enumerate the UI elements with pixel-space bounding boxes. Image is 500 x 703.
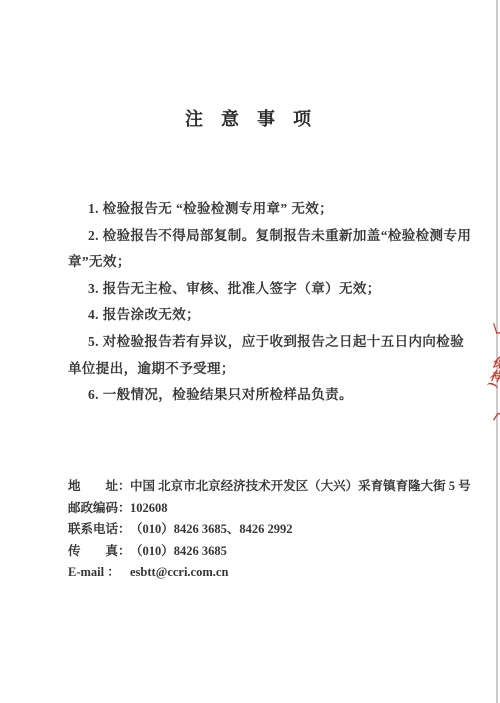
contact-row-phone: 联系电话： （010）8426 3685、8426 2992 bbox=[68, 519, 478, 541]
contact-row-fax: 传 真： （010）8426 3685 bbox=[68, 541, 478, 563]
contact-row-address: 地 址： 中国 北京市北京经济技术开发区（大兴）采育镇育隆大街 5 号 bbox=[68, 476, 478, 498]
notice-list: 1. 检验报告无 “检验检测专用章” 无效； 2. 检验报告不得局部复制。复制报… bbox=[68, 196, 448, 409]
notice-item-5-line-2: 单位提出，逾期不予受理； bbox=[68, 356, 448, 383]
notice-item-5-line-1: 5. 对检验报告若有异议，应于收到报告之日起十五日内向检验 bbox=[68, 329, 448, 356]
contact-row-postcode: 邮政编码： 102608 bbox=[68, 498, 478, 520]
email-label: E-mail ： bbox=[68, 562, 130, 584]
contact-block: 地 址： 中国 北京市北京经济技术开发区（大兴）采育镇育隆大街 5 号 邮政编码… bbox=[68, 476, 478, 584]
notice-item-2-line-1: 2. 检验报告不得局部复制。复制报告未重新加盖“检验检测专用 bbox=[68, 223, 448, 250]
page-title: 注 意 事 项 bbox=[0, 105, 496, 131]
stamp-mark-bottom: 〈 bbox=[487, 403, 500, 422]
phone-value: （010）8426 3685、8426 2992 bbox=[130, 519, 478, 541]
stamp-mark-top: 〉 bbox=[487, 323, 500, 342]
fax-label: 传 真： bbox=[68, 541, 130, 563]
phone-label: 联系电话： bbox=[68, 519, 130, 541]
address-value: 中国 北京市北京经济技术开发区（大兴）采育镇育隆大街 5 号 bbox=[130, 476, 478, 498]
postcode-label: 邮政编码： bbox=[68, 498, 130, 520]
notice-item-2-line-2: 章”无效； bbox=[68, 249, 448, 276]
fax-value: （010）8426 3685 bbox=[130, 541, 478, 563]
address-label: 地 址： bbox=[68, 476, 130, 498]
page-edge-line bbox=[496, 0, 498, 703]
notice-item-4: 4. 报告涂改无效； bbox=[68, 302, 448, 329]
contact-row-email: E-mail ： esbtt@ccri.com.cn bbox=[68, 562, 478, 584]
notice-item-3: 3. 报告无主检、审核、批准人签字（章）无效； bbox=[68, 276, 448, 303]
notice-item-1: 1. 检验报告无 “检验检测专用章” 无效； bbox=[68, 196, 448, 223]
notice-item-6: 6. 一般情况，检验结果只对所检样品负责。 bbox=[68, 382, 448, 409]
email-value: esbtt@ccri.com.cn bbox=[130, 562, 478, 584]
postcode-value: 102608 bbox=[130, 498, 478, 520]
